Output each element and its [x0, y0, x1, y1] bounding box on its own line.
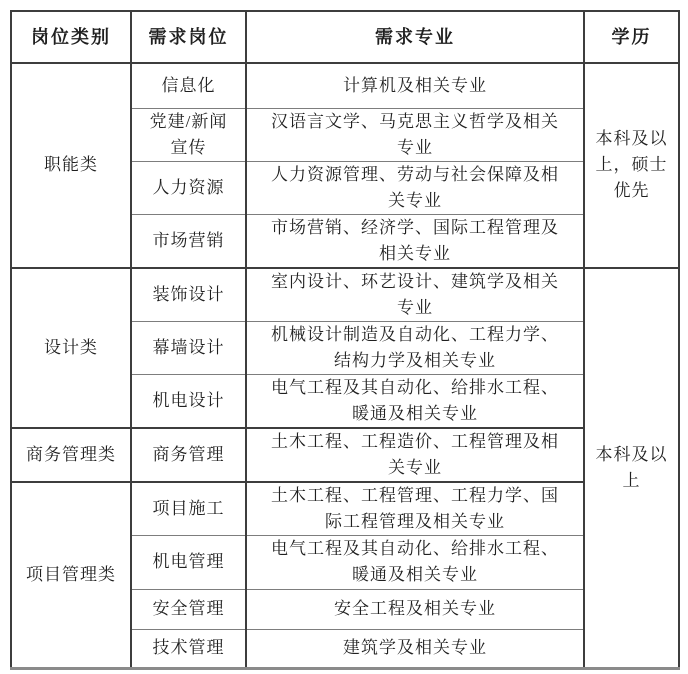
- header-education: 学历: [584, 11, 679, 63]
- position-cell: 商务管理: [131, 428, 246, 482]
- position-cell: 装饰设计: [131, 268, 246, 322]
- recruitment-table: 岗位类别 需求岗位 需求专业 学历 职能类 信息化 计算机及相关专业 本科及以上…: [10, 10, 680, 670]
- major-cell: 计算机及相关专业: [246, 63, 584, 108]
- major-cell: 电气工程及其自动化、给排水工程、暖通及相关专业: [246, 535, 584, 589]
- header-position: 需求岗位: [131, 11, 246, 63]
- header-major: 需求专业: [246, 11, 584, 63]
- education-cell: 本科及以上，硕士优先: [584, 63, 679, 268]
- position-cell: 机电设计: [131, 374, 246, 428]
- major-cell: 机械设计制造及自动化、工程力学、结构力学及相关专业: [246, 321, 584, 374]
- recruitment-table-container: 岗位类别 需求岗位 需求专业 学历 职能类 信息化 计算机及相关专业 本科及以上…: [10, 10, 680, 670]
- position-cell: 幕墙设计: [131, 321, 246, 374]
- category-cell: 职能类: [11, 63, 131, 268]
- position-cell: 党建/新闻宣传: [131, 108, 246, 161]
- position-cell: 机电管理: [131, 535, 246, 589]
- category-cell: 设计类: [11, 268, 131, 428]
- position-cell: 技术管理: [131, 629, 246, 668]
- position-cell: 项目施工: [131, 482, 246, 536]
- major-cell: 安全工程及相关专业: [246, 589, 584, 629]
- category-cell: 项目管理类: [11, 482, 131, 669]
- major-cell: 市场营销、经济学、国际工程管理及相关专业: [246, 214, 584, 268]
- education-cell: 本科及以上: [584, 268, 679, 669]
- major-cell: 土木工程、工程管理、工程力学、国际工程管理及相关专业: [246, 482, 584, 536]
- table-row: 项目管理类 项目施工 土木工程、工程管理、工程力学、国际工程管理及相关专业: [11, 482, 679, 536]
- table-row: 商务管理类 商务管理 土木工程、工程造价、工程管理及相关专业: [11, 428, 679, 482]
- major-cell: 电气工程及其自动化、给排水工程、暖通及相关专业: [246, 374, 584, 428]
- position-cell: 信息化: [131, 63, 246, 108]
- position-cell: 市场营销: [131, 214, 246, 268]
- major-cell: 建筑学及相关专业: [246, 629, 584, 668]
- major-cell: 汉语言文学、马克思主义哲学及相关专业: [246, 108, 584, 161]
- header-category: 岗位类别: [11, 11, 131, 63]
- major-cell: 室内设计、环艺设计、建筑学及相关专业: [246, 268, 584, 322]
- major-cell: 土木工程、工程造价、工程管理及相关专业: [246, 428, 584, 482]
- header-row: 岗位类别 需求岗位 需求专业 学历: [11, 11, 679, 63]
- table-row: 设计类 装饰设计 室内设计、环艺设计、建筑学及相关专业 本科及以上: [11, 268, 679, 322]
- table-row: 职能类 信息化 计算机及相关专业 本科及以上，硕士优先: [11, 63, 679, 108]
- position-cell: 安全管理: [131, 589, 246, 629]
- category-cell: 商务管理类: [11, 428, 131, 482]
- position-cell: 人力资源: [131, 161, 246, 214]
- major-cell: 人力资源管理、劳动与社会保障及相关专业: [246, 161, 584, 214]
